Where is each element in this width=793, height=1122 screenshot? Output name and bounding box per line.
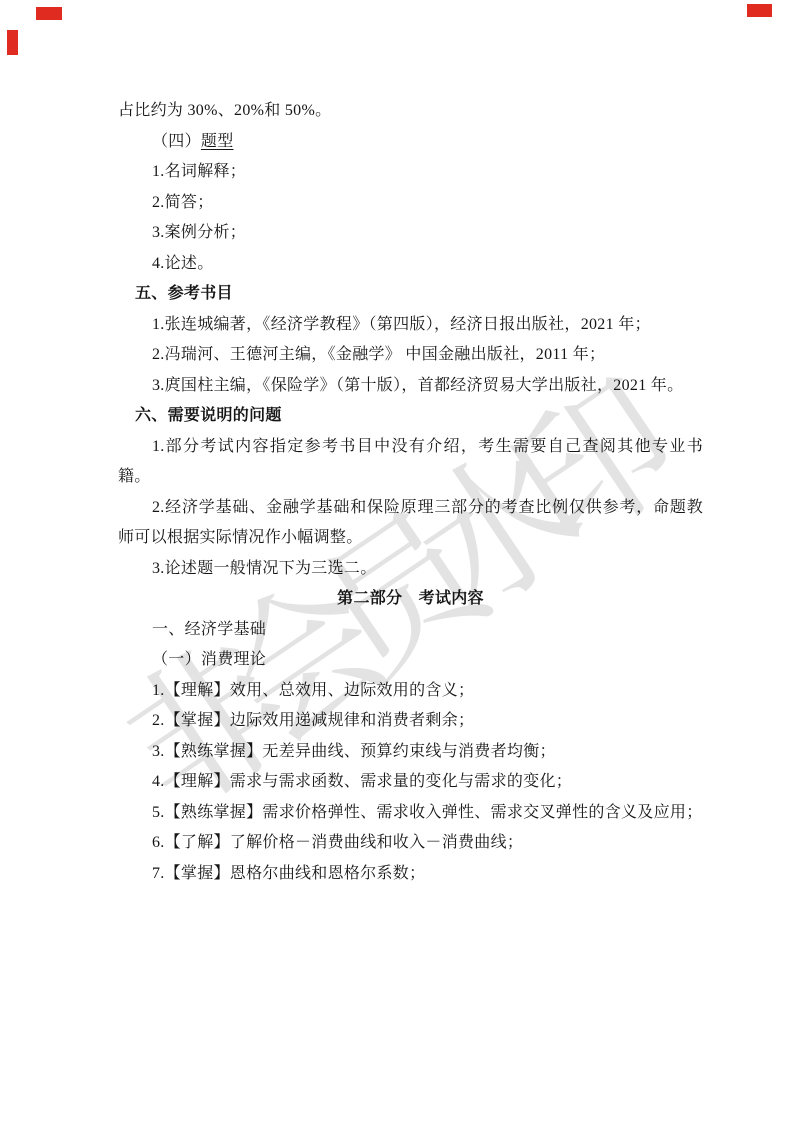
knowledge-point-7: 7.【掌握】恩格尔曲线和恩格尔系数； [118,859,703,890]
question-type-4: 4.论述。 [118,249,703,280]
heading-question-types: （四）题型 [118,127,703,158]
knowledge-point-3: 3.【熟练掌握】无差异曲线、预算约束线与消费者均衡； [118,737,703,768]
note-1-line-1: 1.部分考试内容指定参考书目中没有介绍，考生需要自己查阅其他专业书 [118,432,703,463]
note-3: 3.论述题一般情况下为三选二。 [118,554,703,585]
heading-reference-books: 五、参考书目 [118,279,703,310]
question-type-1: 1.名词解释； [118,157,703,188]
reference-book-3: 3.庹国柱主编，《保险学》（第十版），首都经济贸易大学出版社，2021 年。 [118,371,703,402]
heading-notes: 六、需要说明的问题 [118,401,703,432]
red-annotation-mark-left-edge [7,30,18,55]
note-2-line-2: 师可以根据实际情况作小幅调整。 [118,523,703,554]
question-type-2: 2.简答； [118,188,703,219]
red-annotation-mark-top-right [747,4,772,17]
document-content: 占比约为 30%、20%和 50%。（四）题型1.名词解释；2.简答；3.案例分… [118,96,703,889]
subsection-consumption-theory: （一）消费理论 [118,645,703,676]
knowledge-point-2: 2.【掌握】边际效用递减规律和消费者剩余； [118,706,703,737]
knowledge-point-5: 5.【熟练掌握】需求价格弹性、需求收入弹性、需求交叉弹性的含义及应用； [118,798,703,829]
section-economics-basics: 一、经济学基础 [118,615,703,646]
reference-book-2: 2.冯瑞河、王德河主编，《金融学》 中国金融出版社，2011 年； [118,340,703,371]
red-annotation-mark-top-left [36,7,62,20]
part-two-title: 第二部分 考试内容 [118,584,703,615]
note-1-line-2: 籍。 [118,462,703,493]
line-score-distribution: 占比约为 30%、20%和 50%。 [118,96,703,127]
note-2-line-1: 2.经济学基础、金融学基础和保险原理三部分的考查比例仅供参考，命题教 [118,493,703,524]
knowledge-point-6: 6.【了解】了解价格－消费曲线和收入－消费曲线； [118,828,703,859]
knowledge-point-1: 1.【理解】效用、总效用、边际效用的含义； [118,676,703,707]
reference-book-1: 1.张连城编著，《经济学教程》（第四版），经济日报出版社，2021 年； [118,310,703,341]
knowledge-point-4: 4.【理解】需求与需求函数、需求量的变化与需求的变化； [118,767,703,798]
underlined-text: 题型 [201,133,234,150]
question-type-3: 3.案例分析； [118,218,703,249]
document-page: 非会员水印 占比约为 30%、20%和 50%。（四）题型1.名词解释；2.简答… [0,0,793,1122]
